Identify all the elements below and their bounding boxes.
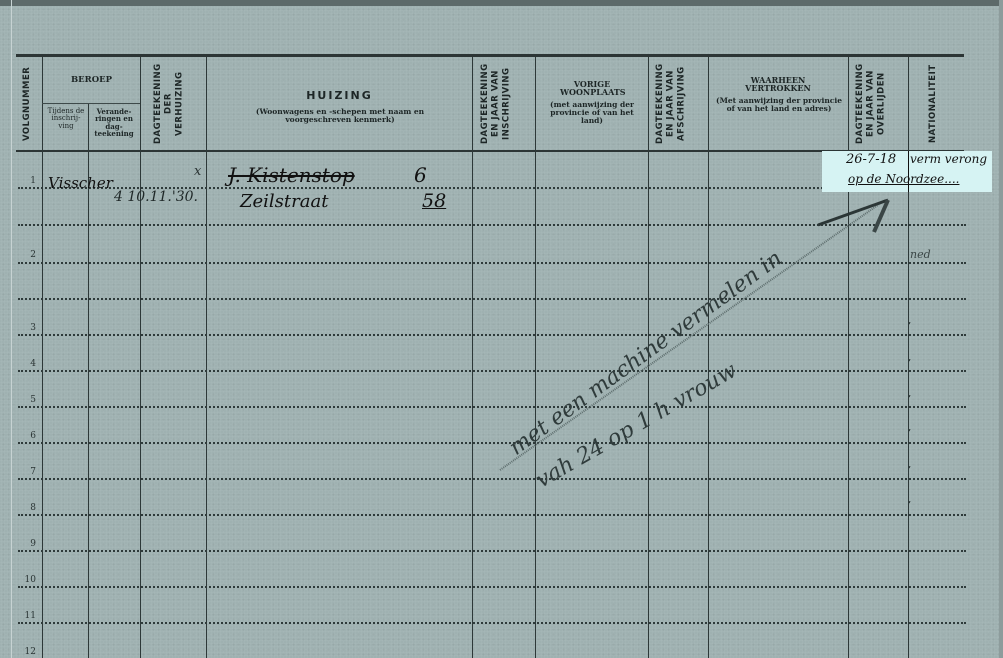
row-number: 2 bbox=[18, 250, 36, 260]
ditto-mark: ’ bbox=[908, 394, 911, 405]
row-number: 5 bbox=[18, 395, 36, 405]
header-beroep: BEROEP bbox=[43, 76, 140, 85]
header-huizing-sub: (Woonwagens en -schepen met naam en voor… bbox=[255, 108, 425, 124]
row-number: 11 bbox=[18, 611, 36, 621]
header-huizing: HUIZING bbox=[207, 90, 472, 102]
header-afschrijving: DAGTEEKENING EN JAAR VAN AFSCHRIJVING bbox=[655, 60, 701, 148]
row-number: 9 bbox=[18, 539, 36, 549]
register-card: VOLGNUMMER BEROEP Tijdens de inschrij-vi… bbox=[0, 0, 1003, 658]
row-rule bbox=[18, 334, 966, 336]
row-rule bbox=[18, 442, 966, 444]
card-top-edge bbox=[0, 0, 1003, 6]
col-line-verhuizing bbox=[206, 57, 207, 658]
header-volgnummer: VOLGNUMMER bbox=[22, 62, 36, 146]
row-number: 6 bbox=[18, 431, 36, 441]
row-rule bbox=[18, 298, 966, 300]
header-waarheen: WAARHEEN VERTROKKEN bbox=[735, 76, 821, 93]
header-inschrijving: DAGTEEKENING EN JAAR VAN INSCHRIJVING bbox=[480, 60, 528, 148]
header-vorige-woonplaats-sub: (met aanwijzing der provincie of van het… bbox=[540, 101, 644, 125]
col-line-inschrijving bbox=[535, 57, 536, 658]
entry-overlijden-note-1: verm verong bbox=[910, 152, 987, 166]
entry-address-old-number: 6 bbox=[414, 163, 427, 187]
card-left-edge bbox=[11, 0, 12, 658]
entry-overlijden-note-2: op de Noordzee.... bbox=[848, 172, 959, 186]
ditto-mark: ’ bbox=[908, 500, 911, 511]
row-rule bbox=[18, 550, 966, 552]
row-number: 4 bbox=[18, 359, 36, 369]
row-rule bbox=[18, 406, 966, 408]
entry-address-new: Zeilstraat bbox=[240, 191, 328, 212]
entry-verhuizing-mark: x bbox=[194, 164, 201, 179]
ditto-mark: ’ bbox=[908, 358, 911, 369]
row-number: 7 bbox=[18, 467, 36, 477]
card-right-edge bbox=[999, 0, 1003, 658]
col-line-afschrijving bbox=[708, 57, 709, 658]
entry-verhuizing-date: 4 10.11.'30. bbox=[114, 189, 198, 205]
row-number: 10 bbox=[18, 575, 36, 585]
header-top-rule bbox=[16, 54, 964, 57]
header-waarheen-sub: (Met aanwijzing der provincie of van het… bbox=[712, 97, 846, 113]
entry-nationaliteit: ned bbox=[910, 248, 931, 261]
header-beroep-tijdens: Tijdens de inschrij-ving bbox=[46, 108, 86, 130]
entry-beroep: Visscher bbox=[48, 174, 113, 192]
row-number: 8 bbox=[18, 503, 36, 513]
header-beroep-veranderingen: Verande-ringen en dag-teekening bbox=[89, 108, 139, 137]
row-rule bbox=[18, 622, 966, 624]
header-nationaliteit: NATIONALITEIT bbox=[928, 60, 942, 148]
row-number: 12 bbox=[18, 647, 36, 657]
row-rule bbox=[18, 224, 966, 226]
col-line-volgnummer bbox=[42, 57, 43, 658]
col-line-beroep-subheader bbox=[42, 103, 140, 104]
col-line-overlijden-highlight bbox=[908, 151, 909, 192]
entry-address-old: J. Kistenstop bbox=[228, 163, 355, 187]
row-rule bbox=[18, 586, 966, 588]
entry-overlijden-date: 26-7-18 bbox=[846, 152, 896, 167]
row-rule bbox=[18, 514, 966, 516]
header-dagteekening-verhuizing: DAGTEEKENING DER VERHUIZING bbox=[153, 60, 193, 148]
entry-address-new-number: 58 bbox=[422, 190, 446, 212]
row-rule bbox=[18, 262, 966, 264]
ditto-mark: ’ bbox=[908, 428, 911, 439]
col-line-waarheen bbox=[848, 57, 849, 658]
ditto-mark: ’ bbox=[908, 465, 911, 476]
header-overlijden: DAGTEEKENING EN JAAR VAN OVERLIJDEN bbox=[855, 60, 901, 148]
header-vorige-woonplaats: VORIGE WOONPLAATS bbox=[560, 80, 624, 97]
row-rule bbox=[18, 370, 966, 372]
col-line-huizing bbox=[472, 57, 473, 658]
row-number: 1 bbox=[18, 176, 36, 186]
ditto-mark: ’ bbox=[908, 321, 911, 332]
row-number: 3 bbox=[18, 323, 36, 333]
col-line-beroep bbox=[140, 57, 141, 658]
row-rule bbox=[18, 478, 966, 480]
